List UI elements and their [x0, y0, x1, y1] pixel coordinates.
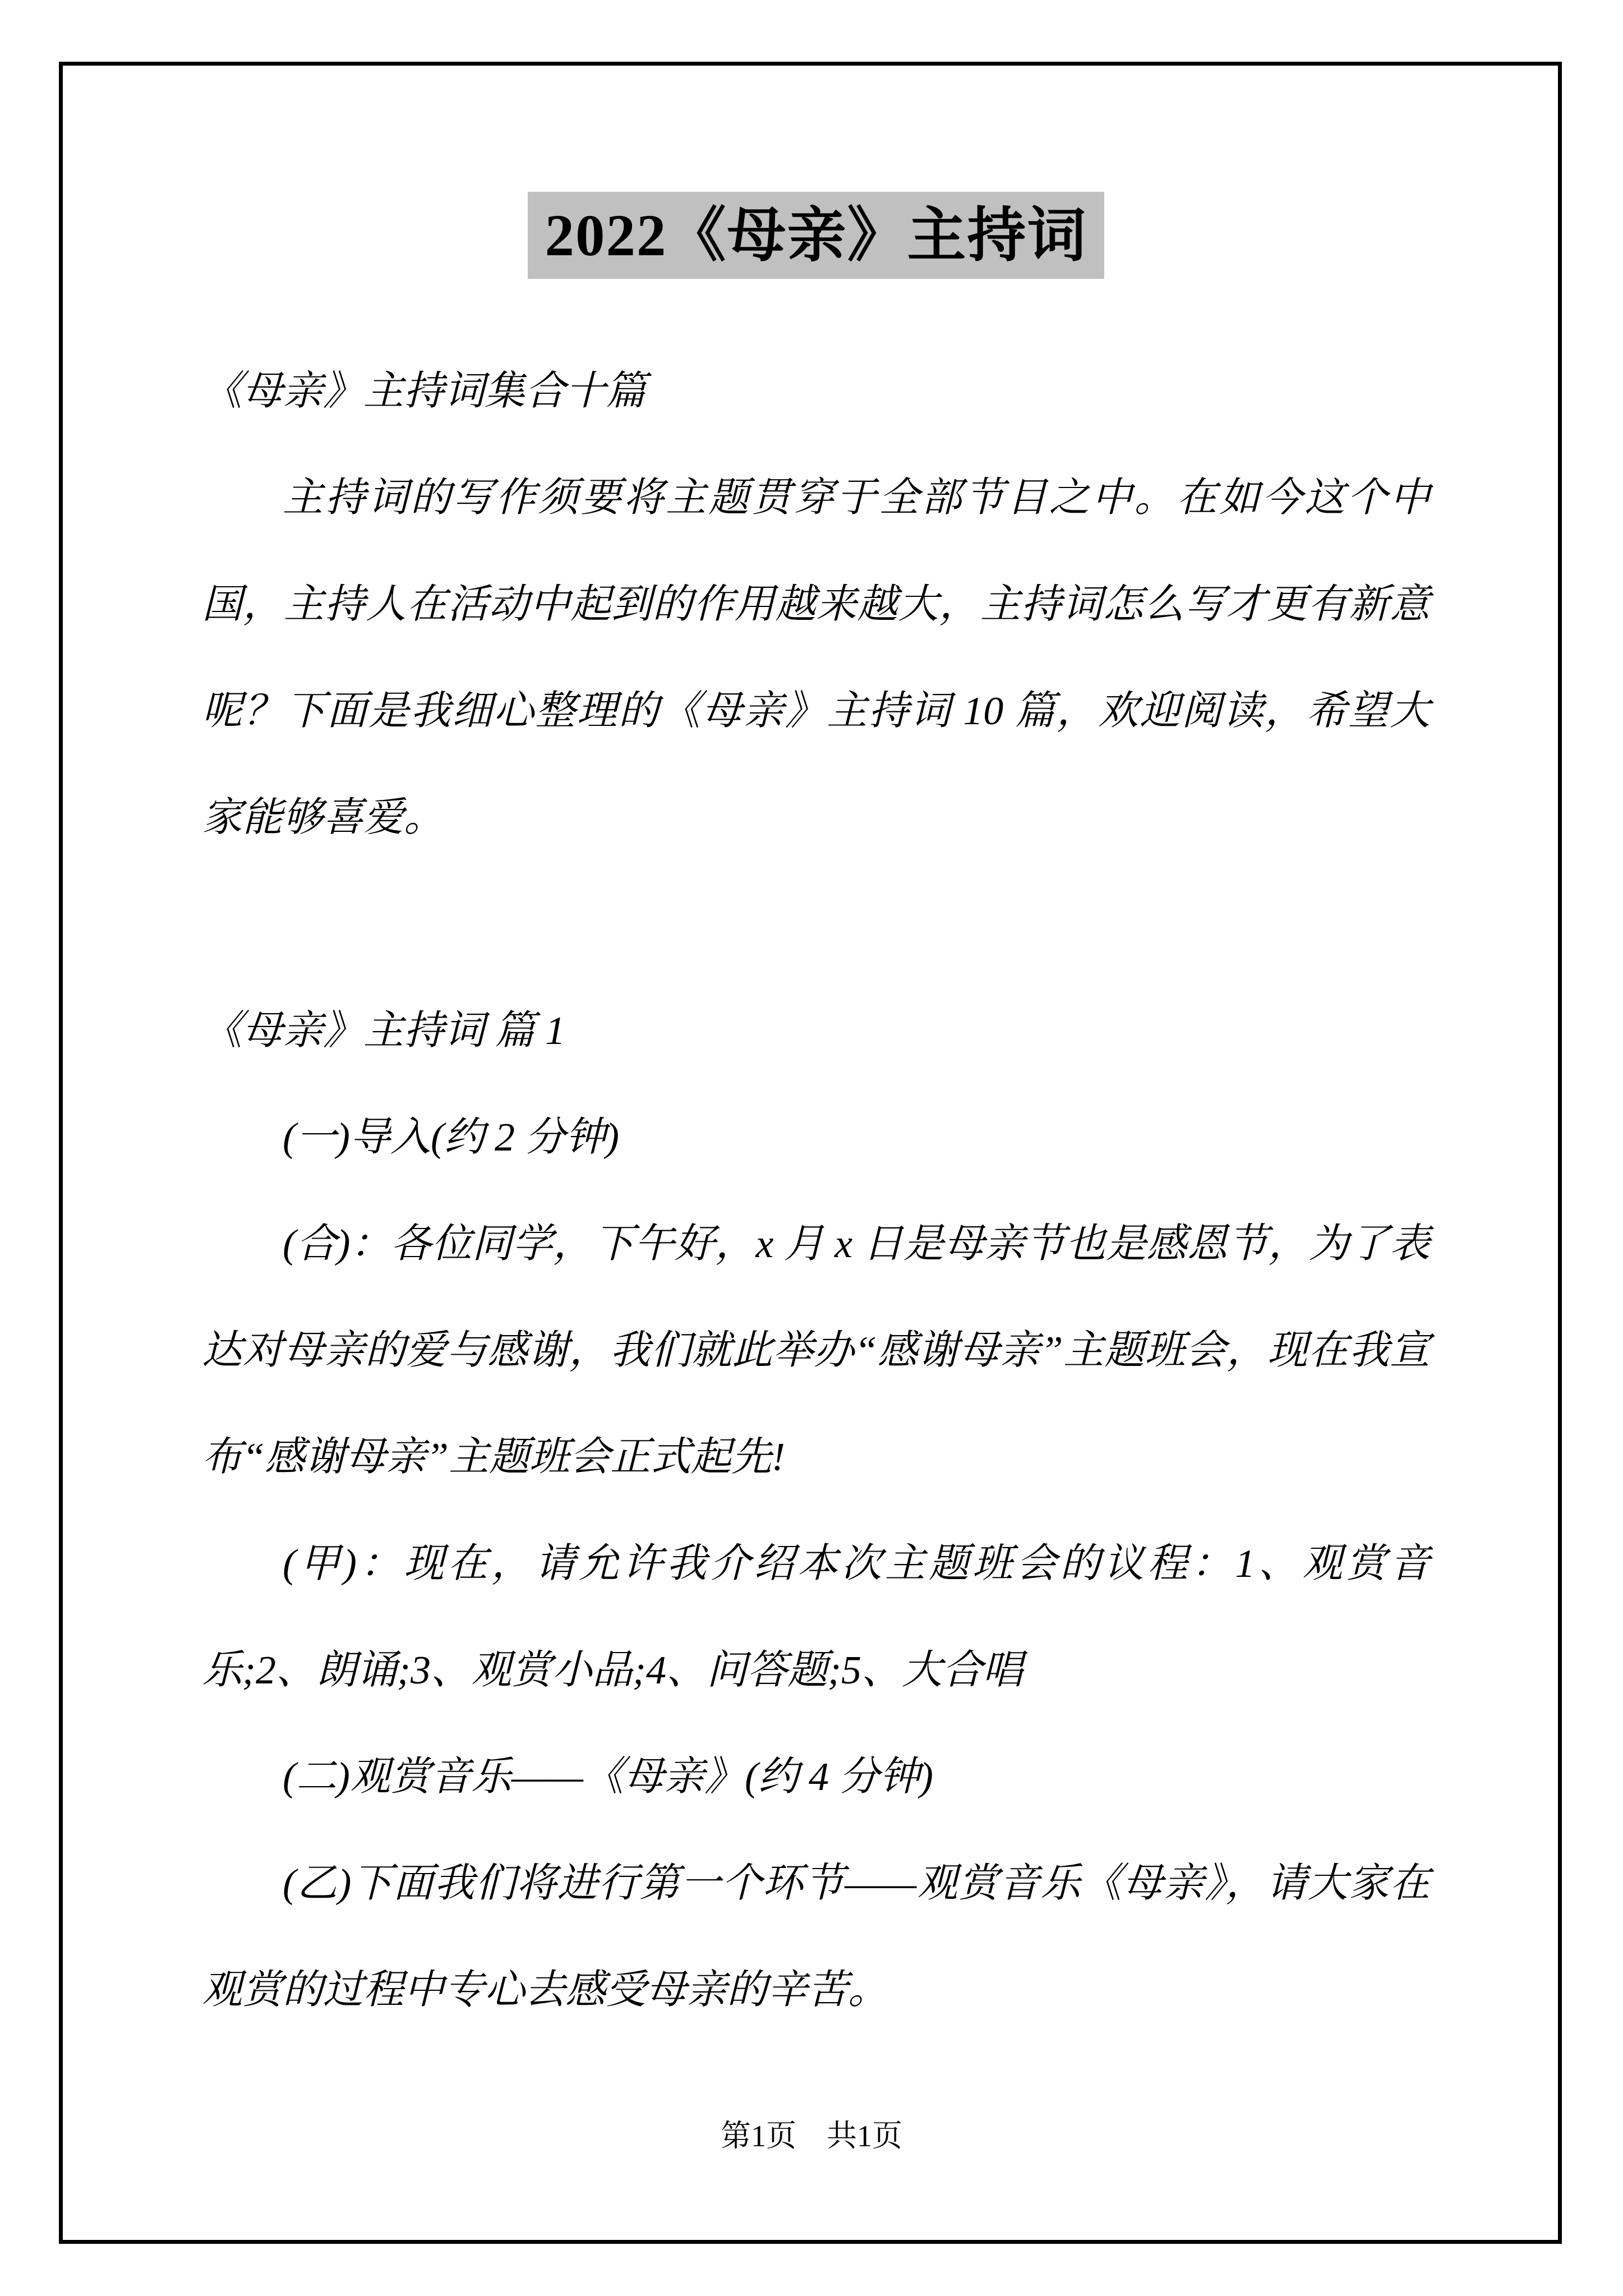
title-highlight: 2022《母亲》主持词 — [528, 192, 1104, 279]
paragraph: (乙)下面我们将进行第一个环节——观赏音乐《母亲》，请大家在观赏的过程中专心去感… — [202, 1830, 1430, 2043]
paragraph: 主持词的写作须要将主题贯穿于全部节目之中。在如今这个中国，主持人在活动中起到的作… — [202, 444, 1430, 871]
page-title: 2022《母亲》主持词 — [202, 192, 1430, 279]
document-body: 《母亲》主持词集合十篇主持词的写作须要将主题贯穿于全部节目之中。在如今这个中国，… — [202, 338, 1430, 2043]
document-page: 2022《母亲》主持词 《母亲》主持词集合十篇主持词的写作须要将主题贯穿于全部节… — [0, 0, 1623, 2296]
page-border: 2022《母亲》主持词 《母亲》主持词集合十篇主持词的写作须要将主题贯穿于全部节… — [59, 62, 1562, 2244]
paragraph: (二)观赏音乐——《母亲》(约 4 分钟) — [202, 1723, 1430, 1830]
paragraph: 《母亲》主持词 篇 1 — [202, 977, 1430, 1084]
page-footer: 第1页 共1页 — [0, 2112, 1623, 2155]
paragraph: 《母亲》主持词集合十篇 — [202, 338, 1430, 444]
paragraph: (合)：各位同学，下午好，x 月 x 日是母亲节也是感恩节，为了表达对母亲的爱与… — [202, 1190, 1430, 1510]
paragraph: (一)导入(约 2 分钟) — [202, 1084, 1430, 1190]
paragraph: (甲)：现在，请允许我介绍本次主题班会的议程：1、观赏音乐;2、朗诵;3、观赏小… — [202, 1510, 1430, 1723]
page-number-label: 第1页 共1页 — [721, 2119, 902, 2153]
